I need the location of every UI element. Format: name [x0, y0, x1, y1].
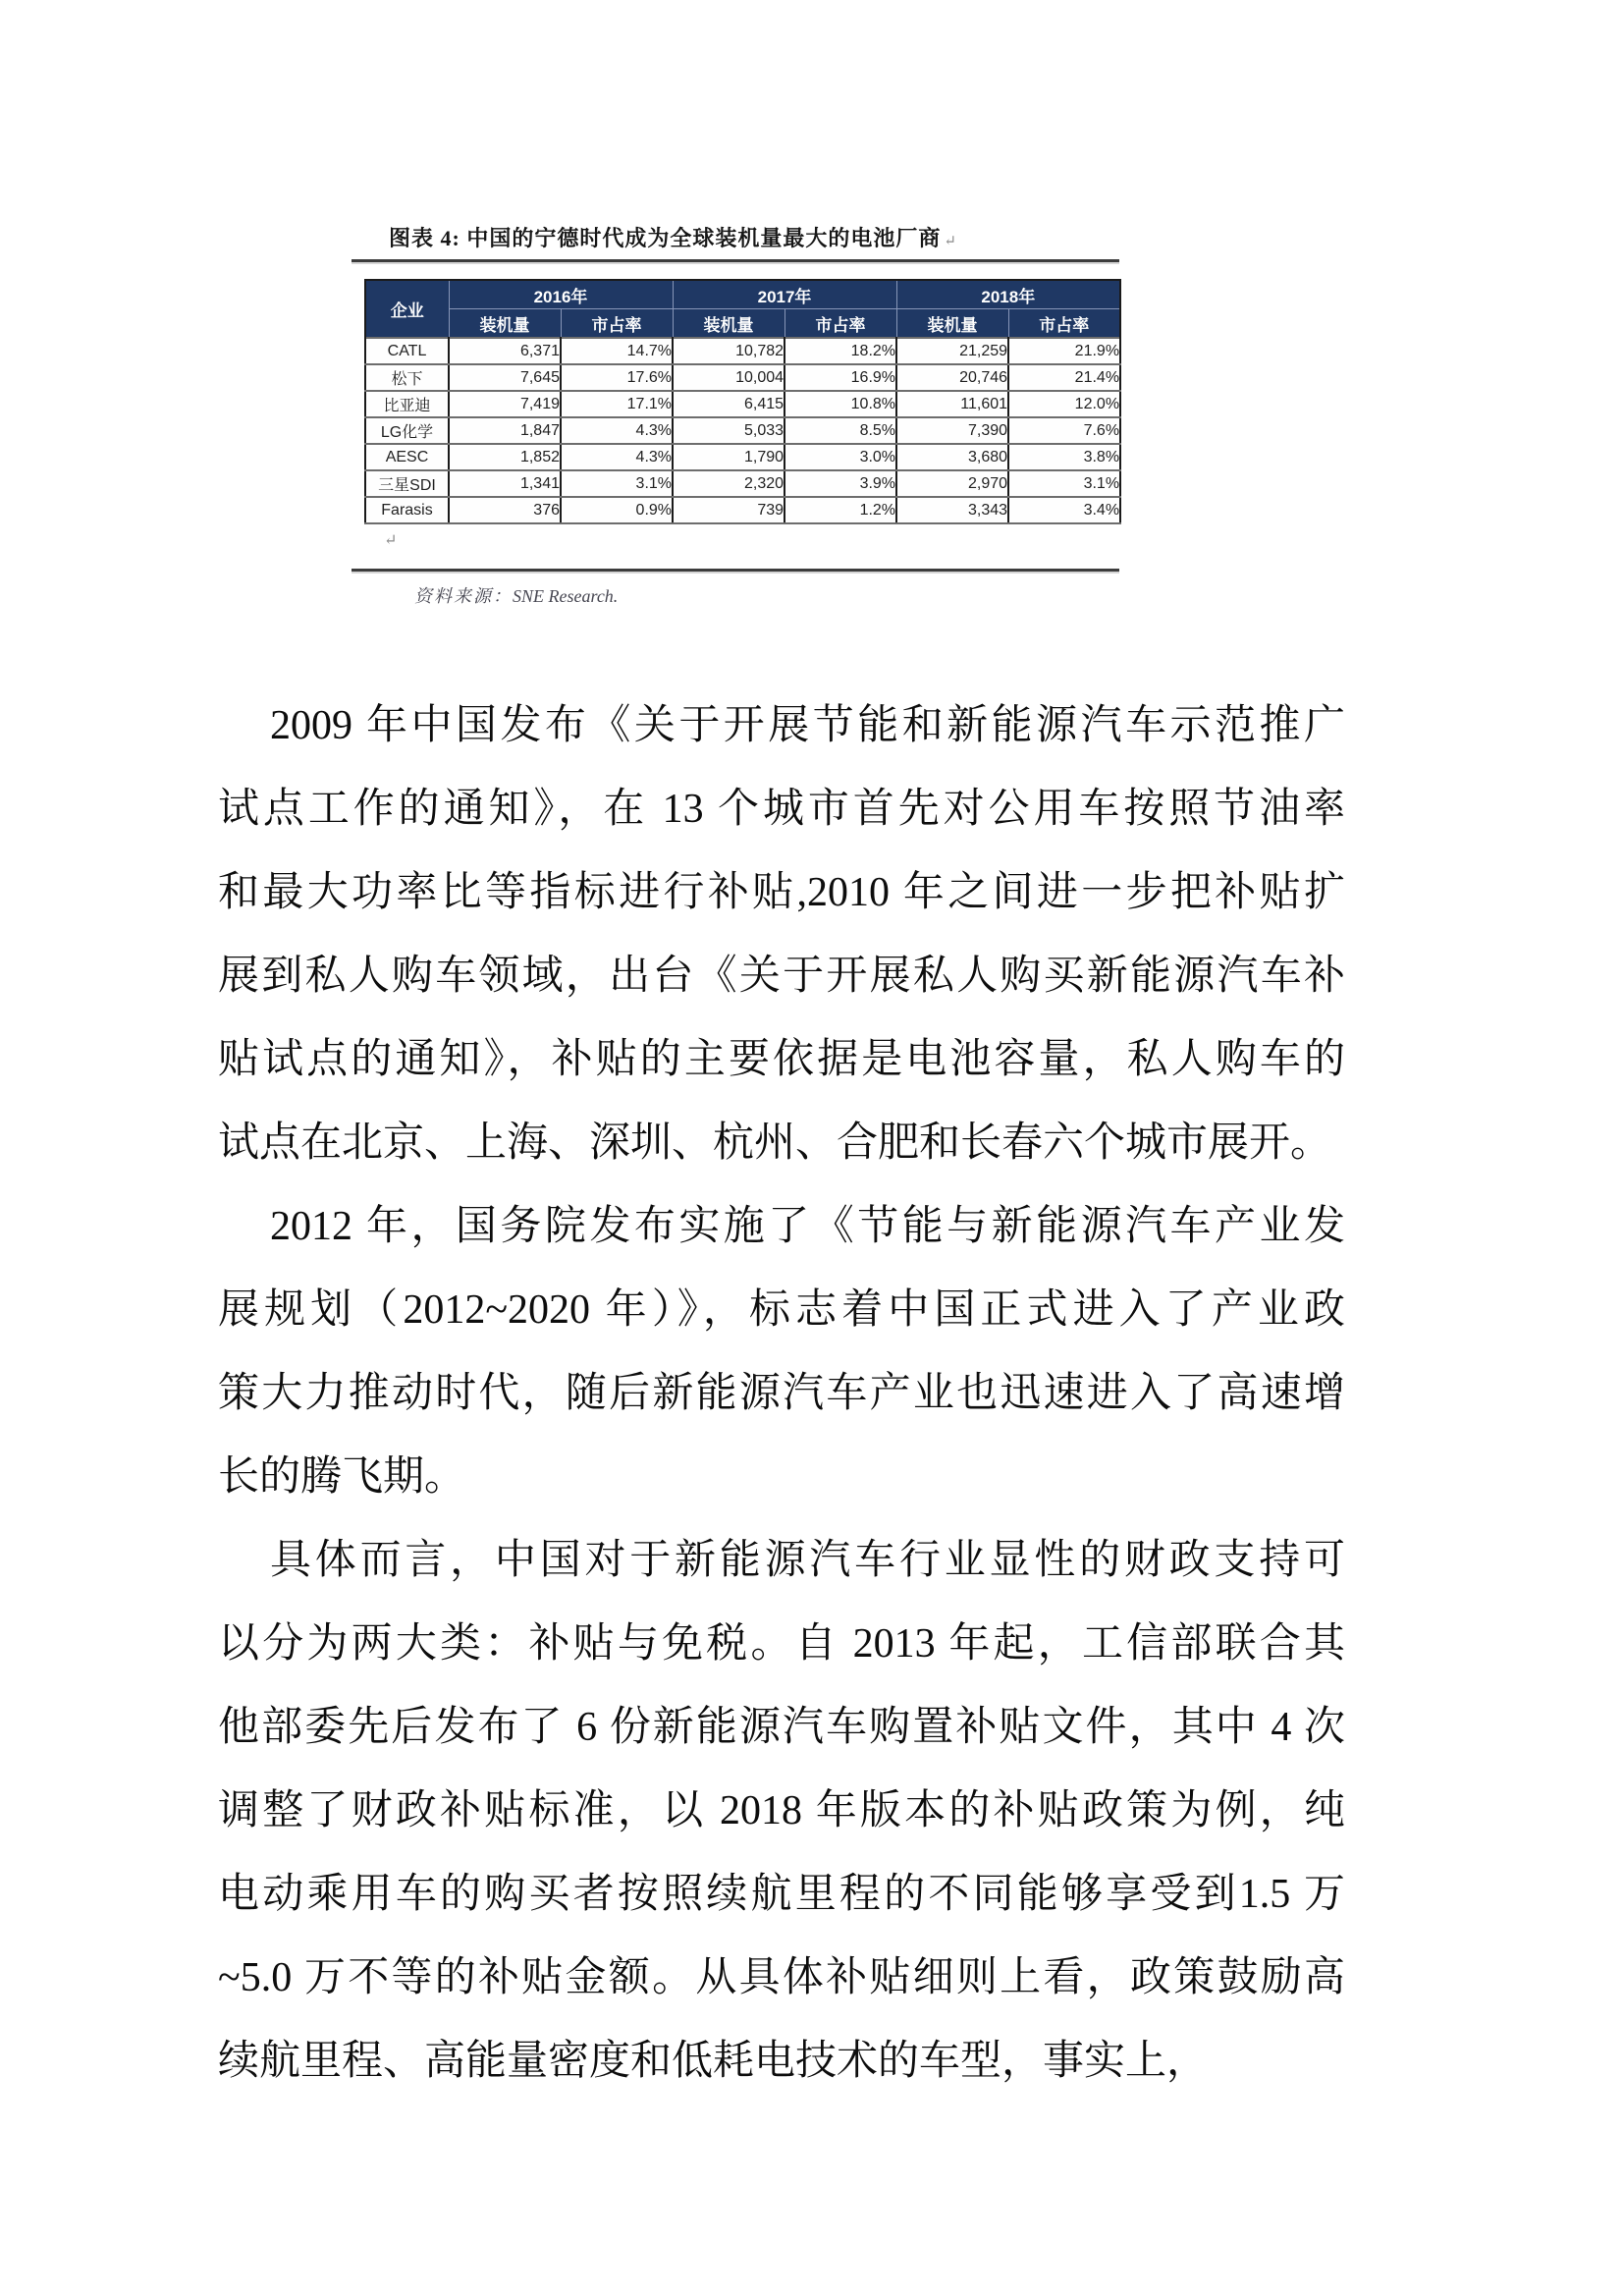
year-header-cell: 2017年	[673, 280, 896, 309]
value-cell: 11,601	[896, 391, 1008, 417]
table-row: CATL6,37114.7%10,78218.2%21,25921.9%	[365, 338, 1120, 364]
body-line: 以分为两大类：补贴与免税。自 2013 年起，工信部联合其	[218, 1603, 1345, 1686]
body-line: 电动乘用车的购买者按照续航里程的不同能够享受到1.5 万	[218, 1853, 1345, 1937]
figure-caption: 图表 4: 中国的宁德时代成为全球装机量最大的电池厂商↵	[389, 222, 1119, 252]
value-cell: 3.9%	[784, 470, 896, 497]
value-cell: 1,852	[449, 444, 561, 470]
paragraph-return-icon: ↵	[944, 234, 957, 249]
value-cell: 21.9%	[1008, 338, 1120, 364]
value-cell: 4.3%	[561, 417, 673, 444]
table-header: 企业 2016年 2017年 2018年 装机量 市占率 装机量 市占率 装机量…	[365, 280, 1120, 338]
body-line: 试点在北京、上海、深圳、杭州、合肥和长春六个城市展开。	[218, 1102, 1345, 1185]
table-header-row-metrics: 装机量 市占率 装机量 市占率 装机量 市占率	[365, 309, 1120, 339]
body-text: 2009 年中国发布《关于开展节能和新能源汽车示范推广试点工作的通知》，在 13…	[218, 684, 1345, 2104]
table-row: LG化学1,8474.3%5,0338.5%7,3907.6%	[365, 417, 1120, 444]
source-label: 资料来源：	[414, 586, 513, 606]
corner-header-cell: 企业	[365, 280, 449, 338]
source-value: SNE Research.	[513, 586, 618, 606]
table-header-row-years: 企业 2016年 2017年 2018年	[365, 280, 1120, 309]
value-cell: 7,645	[449, 364, 561, 391]
value-cell: 3.0%	[784, 444, 896, 470]
company-cell: 松下	[365, 364, 449, 391]
value-cell: 4.3%	[561, 444, 673, 470]
company-cell: Farasis	[365, 497, 449, 523]
year-header-cell: 2016年	[449, 280, 673, 309]
value-cell: 10.8%	[784, 391, 896, 417]
figure-top-rule	[352, 259, 1119, 262]
value-cell: 1,341	[449, 470, 561, 497]
table-row: 三星SDI1,3413.1%2,3203.9%2,9703.1%	[365, 470, 1120, 497]
paragraph-return-icon: ↵	[384, 530, 397, 550]
metric-header-cell: 装机量	[896, 309, 1008, 339]
value-cell: 1,847	[449, 417, 561, 444]
value-cell: 2,970	[896, 470, 1008, 497]
body-line: 展规划（2012~2020 年）》，标志着中国正式进入了产业政	[218, 1269, 1345, 1352]
body-line: 策大力推动时代，随后新能源汽车产业也迅速进入了高速增	[218, 1352, 1345, 1436]
battery-market-table: 企业 2016年 2017年 2018年 装机量 市占率 装机量 市占率 装机量…	[364, 279, 1121, 524]
value-cell: 3,680	[896, 444, 1008, 470]
value-cell: 5,033	[673, 417, 784, 444]
body-line: ~5.0 万不等的补贴金额。从具体补贴细则上看，政策鼓励高	[218, 1937, 1345, 2020]
value-cell: 12.0%	[1008, 391, 1120, 417]
value-cell: 14.7%	[561, 338, 673, 364]
company-cell: LG化学	[365, 417, 449, 444]
company-cell: AESC	[365, 444, 449, 470]
value-cell: 1,790	[673, 444, 784, 470]
table-row: 比亚迪7,41917.1%6,41510.8%11,60112.0%	[365, 391, 1120, 417]
value-cell: 17.6%	[561, 364, 673, 391]
figure-bottom-rule	[352, 569, 1119, 572]
value-cell: 21.4%	[1008, 364, 1120, 391]
value-cell: 6,415	[673, 391, 784, 417]
body-line: 2009 年中国发布《关于开展节能和新能源汽车示范推广	[218, 684, 1345, 768]
value-cell: 10,782	[673, 338, 784, 364]
value-cell: 0.9%	[561, 497, 673, 523]
body-line: 试点工作的通知》，在 13 个城市首先对公用车按照节油率	[218, 768, 1345, 851]
value-cell: 7.6%	[1008, 417, 1120, 444]
table-row: AESC1,8524.3%1,7903.0%3,6803.8%	[365, 444, 1120, 470]
value-cell: 8.5%	[784, 417, 896, 444]
company-cell: 三星SDI	[365, 470, 449, 497]
value-cell: 21,259	[896, 338, 1008, 364]
body-line: 续航里程、高能量密度和低耗电技术的车型，事实上，	[218, 2020, 1345, 2104]
value-cell: 739	[673, 497, 784, 523]
value-cell: 6,371	[449, 338, 561, 364]
value-cell: 16.9%	[784, 364, 896, 391]
body-line: 贴试点的通知》，补贴的主要依据是电池容量，私人购车的	[218, 1018, 1345, 1102]
value-cell: 17.1%	[561, 391, 673, 417]
value-cell: 7,390	[896, 417, 1008, 444]
value-cell: 3,343	[896, 497, 1008, 523]
value-cell: 3.8%	[1008, 444, 1120, 470]
value-cell: 20,746	[896, 364, 1008, 391]
battery-table-body: CATL6,37114.7%10,78218.2%21,25921.9%松下7,…	[365, 338, 1120, 523]
table-row: Farasis3760.9%7391.2%3,3433.4%	[365, 497, 1120, 523]
metric-header-cell: 装机量	[673, 309, 784, 339]
body-line: 2012 年，国务院发布实施了《节能与新能源汽车产业发	[218, 1185, 1345, 1269]
body-line: 展到私人购车领域，出台《关于开展私人购买新能源汽车补	[218, 935, 1345, 1018]
metric-header-cell: 装机量	[449, 309, 561, 339]
figure-block: 图表 4: 中国的宁德时代成为全球装机量最大的电池厂商↵ 企业 2016年 20…	[352, 222, 1119, 608]
value-cell: 7,419	[449, 391, 561, 417]
body-line: 具体而言，中国对于新能源汽车行业显性的财政支持可	[218, 1519, 1345, 1603]
company-cell: CATL	[365, 338, 449, 364]
value-cell: 18.2%	[784, 338, 896, 364]
document-page: 图表 4: 中国的宁德时代成为全球装机量最大的电池厂商↵ 企业 2016年 20…	[0, 0, 1623, 2296]
body-line: 调整了财政补贴标准，以 2018 年版本的补贴政策为例，纯	[218, 1770, 1345, 1853]
value-cell: 2,320	[673, 470, 784, 497]
metric-header-cell: 市占率	[1008, 309, 1120, 339]
body-line: 长的腾飞期。	[218, 1436, 1345, 1519]
figure-spacer: ↵	[352, 524, 1119, 562]
value-cell: 3.1%	[1008, 470, 1120, 497]
metric-header-cell: 市占率	[561, 309, 673, 339]
figure-source: 资料来源：SNE Research.	[414, 582, 1119, 608]
value-cell: 10,004	[673, 364, 784, 391]
value-cell: 1.2%	[784, 497, 896, 523]
body-line: 和最大功率比等指标进行补贴,2010 年之间进一步把补贴扩	[218, 851, 1345, 935]
metric-header-cell: 市占率	[784, 309, 896, 339]
value-cell: 3.1%	[561, 470, 673, 497]
figure-caption-text: 图表 4: 中国的宁德时代成为全球装机量最大的电池厂商	[389, 226, 941, 250]
year-header-cell: 2018年	[896, 280, 1120, 309]
value-cell: 376	[449, 497, 561, 523]
company-cell: 比亚迪	[365, 391, 449, 417]
body-line: 他部委先后发布了 6 份新能源汽车购置补贴文件，其中 4 次	[218, 1686, 1345, 1770]
value-cell: 3.4%	[1008, 497, 1120, 523]
table-row: 松下7,64517.6%10,00416.9%20,74621.4%	[365, 364, 1120, 391]
